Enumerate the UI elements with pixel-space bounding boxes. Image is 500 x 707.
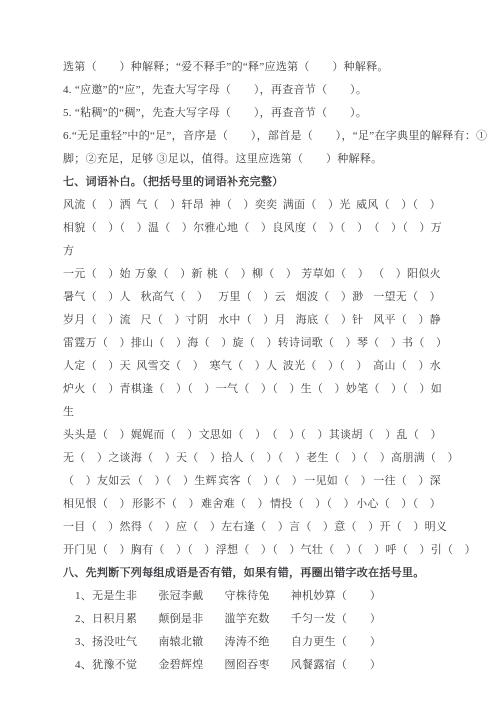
- phrase-row: 相见恨（ ）形影不（ ）难舍难（ ）情投（ ）（ ）小心（ ）（ ）: [63, 493, 441, 516]
- phrase-row: 炉火（ ）青棋逢（ ）（ ）一气（ ）（ ）生（ ）妙笔（ ）（ ）如: [63, 378, 441, 401]
- idiom-row: 3、扬没吐气南辕北辙涛涛不绝自力更生（ ）: [63, 631, 441, 654]
- phrase: 言（ ）意（ ）: [289, 516, 379, 539]
- phrase: 海底（ ）针: [296, 309, 364, 332]
- phrase: 高朋满（ ）: [391, 447, 459, 470]
- phrase-row: 人定（ ）天风雪交（ ）寒气（ ）人波光（ ）（ ）高山（ ）水: [63, 355, 441, 378]
- phrase: 一元（ ）始: [63, 263, 131, 286]
- phrase: 水中（ ）月: [218, 309, 286, 332]
- phrase: 棋逢（ ）（ ）: [131, 378, 216, 401]
- phrase: 方: [63, 240, 74, 263]
- phrase: 威风（ ）（ ）: [356, 194, 441, 217]
- phrase: 一往（ ）深: [373, 470, 441, 493]
- phrase: 炉火（ ）青: [63, 378, 131, 401]
- phrase: 金碧辉煌: [158, 654, 203, 677]
- phrase: 浮想（ ）（ ）: [216, 539, 301, 562]
- phrase: 老生（ ）（ ）: [306, 447, 391, 470]
- phrase: 宾客（ ）（ ）: [218, 470, 303, 493]
- phrase: 神机妙算（ ）: [291, 585, 381, 608]
- phrase-row: 风流（ ）洒气（ ）轩昂神（ ）奕奕满面（ ）光威风（ ）（ ）: [63, 194, 441, 217]
- phrase: 自力更生（ ）: [291, 631, 381, 654]
- phrase: 左右逢（ ）: [221, 516, 289, 539]
- phrase: 芳草如（ ）: [301, 263, 369, 286]
- phrase: 尺（ ）寸阴: [141, 309, 209, 332]
- phrase: 得（ ）应（ ）: [131, 516, 221, 539]
- section7-heading: 七、词语补白。（把括号里的词语补充完整）: [63, 171, 441, 194]
- phrase: 心地（ ）良: [216, 217, 284, 240]
- phrase: 小心（ ）（ ）: [356, 493, 441, 516]
- phrase: 秋高气（ ）: [141, 286, 209, 309]
- phrase: 相见恨（ ）: [63, 493, 131, 516]
- phrase: 波光（ ）（ ）: [283, 355, 368, 378]
- phrase: 桃（ ）柳（ ）: [207, 263, 297, 286]
- phrase: 高山（ ）水: [373, 355, 441, 378]
- phrase: 涛涛不绝: [225, 631, 270, 654]
- phrase-row: 岁月（ ）流尺（ ）寸阴水中（ ）月海底（ ）针风平（ ）静: [63, 309, 441, 332]
- phrase: 情投（ ）（ ）: [270, 493, 355, 516]
- phrase: 一目（ ）然: [63, 516, 131, 539]
- phrase: 温（ ）尔雅: [148, 217, 216, 240]
- phrase: 神（ ）奕奕: [210, 194, 278, 217]
- phrase-row: （ ）友如云（ ）（ ）生辉宾客（ ）（ ）一见如（ ）一往（ ）深: [63, 470, 441, 493]
- phrase: 琴（ ）书（ ）: [357, 332, 447, 355]
- phrase: 守株待兔: [225, 585, 270, 608]
- phrase: 一气（ ）（ ）: [216, 378, 301, 401]
- phrase: 难舍难（ ）: [201, 493, 269, 516]
- phrase: 一望无（ ）: [373, 286, 441, 309]
- text-line: 6.“无足重轻”中的“足”，音序是（ ），部首是（ ），“足”在字典里的解释有：…: [63, 125, 441, 148]
- phrase: 开门见（ ）: [63, 539, 131, 562]
- phrase: 张冠李戴: [158, 585, 203, 608]
- text-line: 4. “应邀”的“应”，先查大写字母（ ），再查音节（ ）。: [63, 79, 441, 102]
- phrase: 相貌（ ）（ ）: [63, 217, 148, 240]
- worksheet-content: 选第（ ）种解释；“爱不释手”的“释”应选第（ ）种解释。 4. “应邀”的“应…: [63, 56, 441, 677]
- phrase-row: 暑气（ ）人秋高气（ ）万里（ ）云烟波（ ）渺一望无（ ）: [63, 286, 441, 309]
- idiom-row: 4、犹豫不觉金碧辉煌囫囵吞枣风餐露宿（ ）: [63, 654, 441, 677]
- phrase: 拾人（ ）（ ）: [221, 447, 306, 470]
- phrase: 烟波（ ）渺: [296, 286, 364, 309]
- phrase: 颠倒是非: [158, 608, 203, 631]
- phrase-row-wrap: 生: [63, 401, 441, 424]
- phrase-row: 开门见（ ）胸有（ ）（ ）浮想（ ）（ ）气壮（ ）（ ）呼（ ）引（ ）: [63, 539, 441, 562]
- phrase: （ ）（ ）如: [368, 378, 442, 401]
- phrase: 2、日积月累: [75, 608, 137, 631]
- phrase: 万里（ ）云: [218, 286, 286, 309]
- phrase: 生: [63, 401, 74, 424]
- phrase: 寒气（ ）人: [210, 355, 278, 378]
- phrase: 囫囵吞枣: [225, 654, 270, 677]
- phrase: （ ）（ ）万: [368, 217, 442, 240]
- phrase: 娓娓而（ ）: [131, 424, 199, 447]
- phrase: 万象（ ）新: [135, 263, 203, 286]
- idiom-row: 1、无是生非张冠李戴守株待兔神机妙算（ ）: [63, 585, 441, 608]
- phrase: 滥竽充数: [225, 608, 270, 631]
- phrase-row: 头头是（ ）娓娓而（ ）文思如（ ）（ ）（ ）其谈胡（ ）乱（ ）: [63, 424, 441, 447]
- phrase-row: 一元（ ）始万象（ ）新桃（ ）柳（ ）芳草如（ ）（ ）阳似火: [63, 263, 441, 286]
- phrase: 风雪交（ ）: [136, 355, 204, 378]
- text-line: 脚；②充足，足够 ③足以，值得。这里应选第（ ）种解释。: [63, 148, 441, 171]
- phrase: 南辕北辙: [158, 631, 203, 654]
- phrase: （ ）（ ）生辉: [132, 470, 217, 493]
- phrase: （ ）（ ）其谈: [266, 424, 351, 447]
- phrase: 呼（ ）引（ ）: [386, 539, 476, 562]
- phrase: 千匀一发（ ）: [291, 608, 381, 631]
- phrase: 气（ ）轩昂: [136, 194, 204, 217]
- phrase: 风餐露宿（ ）: [291, 654, 381, 677]
- phrase: 人定（ ）天: [63, 355, 131, 378]
- phrase: （ ）阳似火: [373, 263, 441, 286]
- phrase: 4、犹豫不觉: [75, 654, 137, 677]
- text-line: 选第（ ）种解释；“爱不释手”的“释”应选第（ ）种解释。: [63, 56, 441, 79]
- phrase: 雷霆万（ ）: [63, 332, 131, 355]
- phrase: 风流（ ）洒: [63, 194, 131, 217]
- idiom-row: 2、日积月累颠倒是非滥竽充数千匀一发（ ）: [63, 608, 441, 631]
- phrase: 暑气（ ）人: [63, 286, 131, 309]
- phrase: 生（ ）妙笔: [301, 378, 369, 401]
- phrase: 无（ ）之谈: [63, 447, 131, 470]
- phrase: 风平（ ）静: [373, 309, 441, 332]
- worksheet-page: 选第（ ）种解释；“爱不释手”的“释”应选第（ ）种解释。 4. “应邀”的“应…: [0, 0, 500, 707]
- phrase: 风度（ ）（ ）: [284, 217, 369, 240]
- phrase: 排山（ ）海: [131, 332, 199, 355]
- phrase: 胡（ ）乱（ ）: [351, 424, 441, 447]
- phrase: 1、无是生非: [75, 585, 137, 608]
- phrase-row-wrap: 方: [63, 240, 441, 263]
- phrase: 形影不（ ）: [132, 493, 200, 516]
- phrase: 胸有（ ）（ ）: [131, 539, 216, 562]
- phrase: 一见如（ ）: [304, 470, 372, 493]
- phrase-row: 无（ ）之谈海（ ）天（ ）拾人（ ）（ ）老生（ ）（ ）高朋满（ ）: [63, 447, 441, 470]
- phrase: 诗词歌（ ）: [289, 332, 357, 355]
- phrase-row: 相貌（ ）（ ）温（ ）尔雅心地（ ）良风度（ ）（ ）（ ）（ ）万: [63, 217, 441, 240]
- phrase: 满面（ ）光: [283, 194, 351, 217]
- phrase: 3、扬没吐气: [75, 631, 137, 654]
- phrase: 气壮（ ）（ ）: [301, 539, 386, 562]
- section8-heading: 八、先判断下列每组成语是否有错，如果有错，再圈出错字改在括号里。: [63, 562, 441, 585]
- text-line: 5. “粘稠”的“稠”，先查大写字母（ ），再查音节（ ）。: [63, 102, 441, 125]
- phrase: （ ）旋（ ）转: [199, 332, 289, 355]
- phrase: （ ）友如云: [63, 470, 131, 493]
- phrase: 岁月（ ）流: [63, 309, 131, 332]
- phrase: 海（ ）天（ ）: [131, 447, 221, 470]
- phrase: 文思如（ ）: [199, 424, 267, 447]
- phrase: 头头是（ ）: [63, 424, 131, 447]
- phrase-row: 雷霆万（ ）排山（ ）海（ ）旋（ ）转诗词歌（ ）琴（ ）书（ ）: [63, 332, 441, 355]
- phrase-row: 一目（ ）然得（ ）应（ ）左右逢（ ）言（ ）意（ ）开（ ）明义: [63, 516, 441, 539]
- phrase: 开（ ）明义: [379, 516, 447, 539]
